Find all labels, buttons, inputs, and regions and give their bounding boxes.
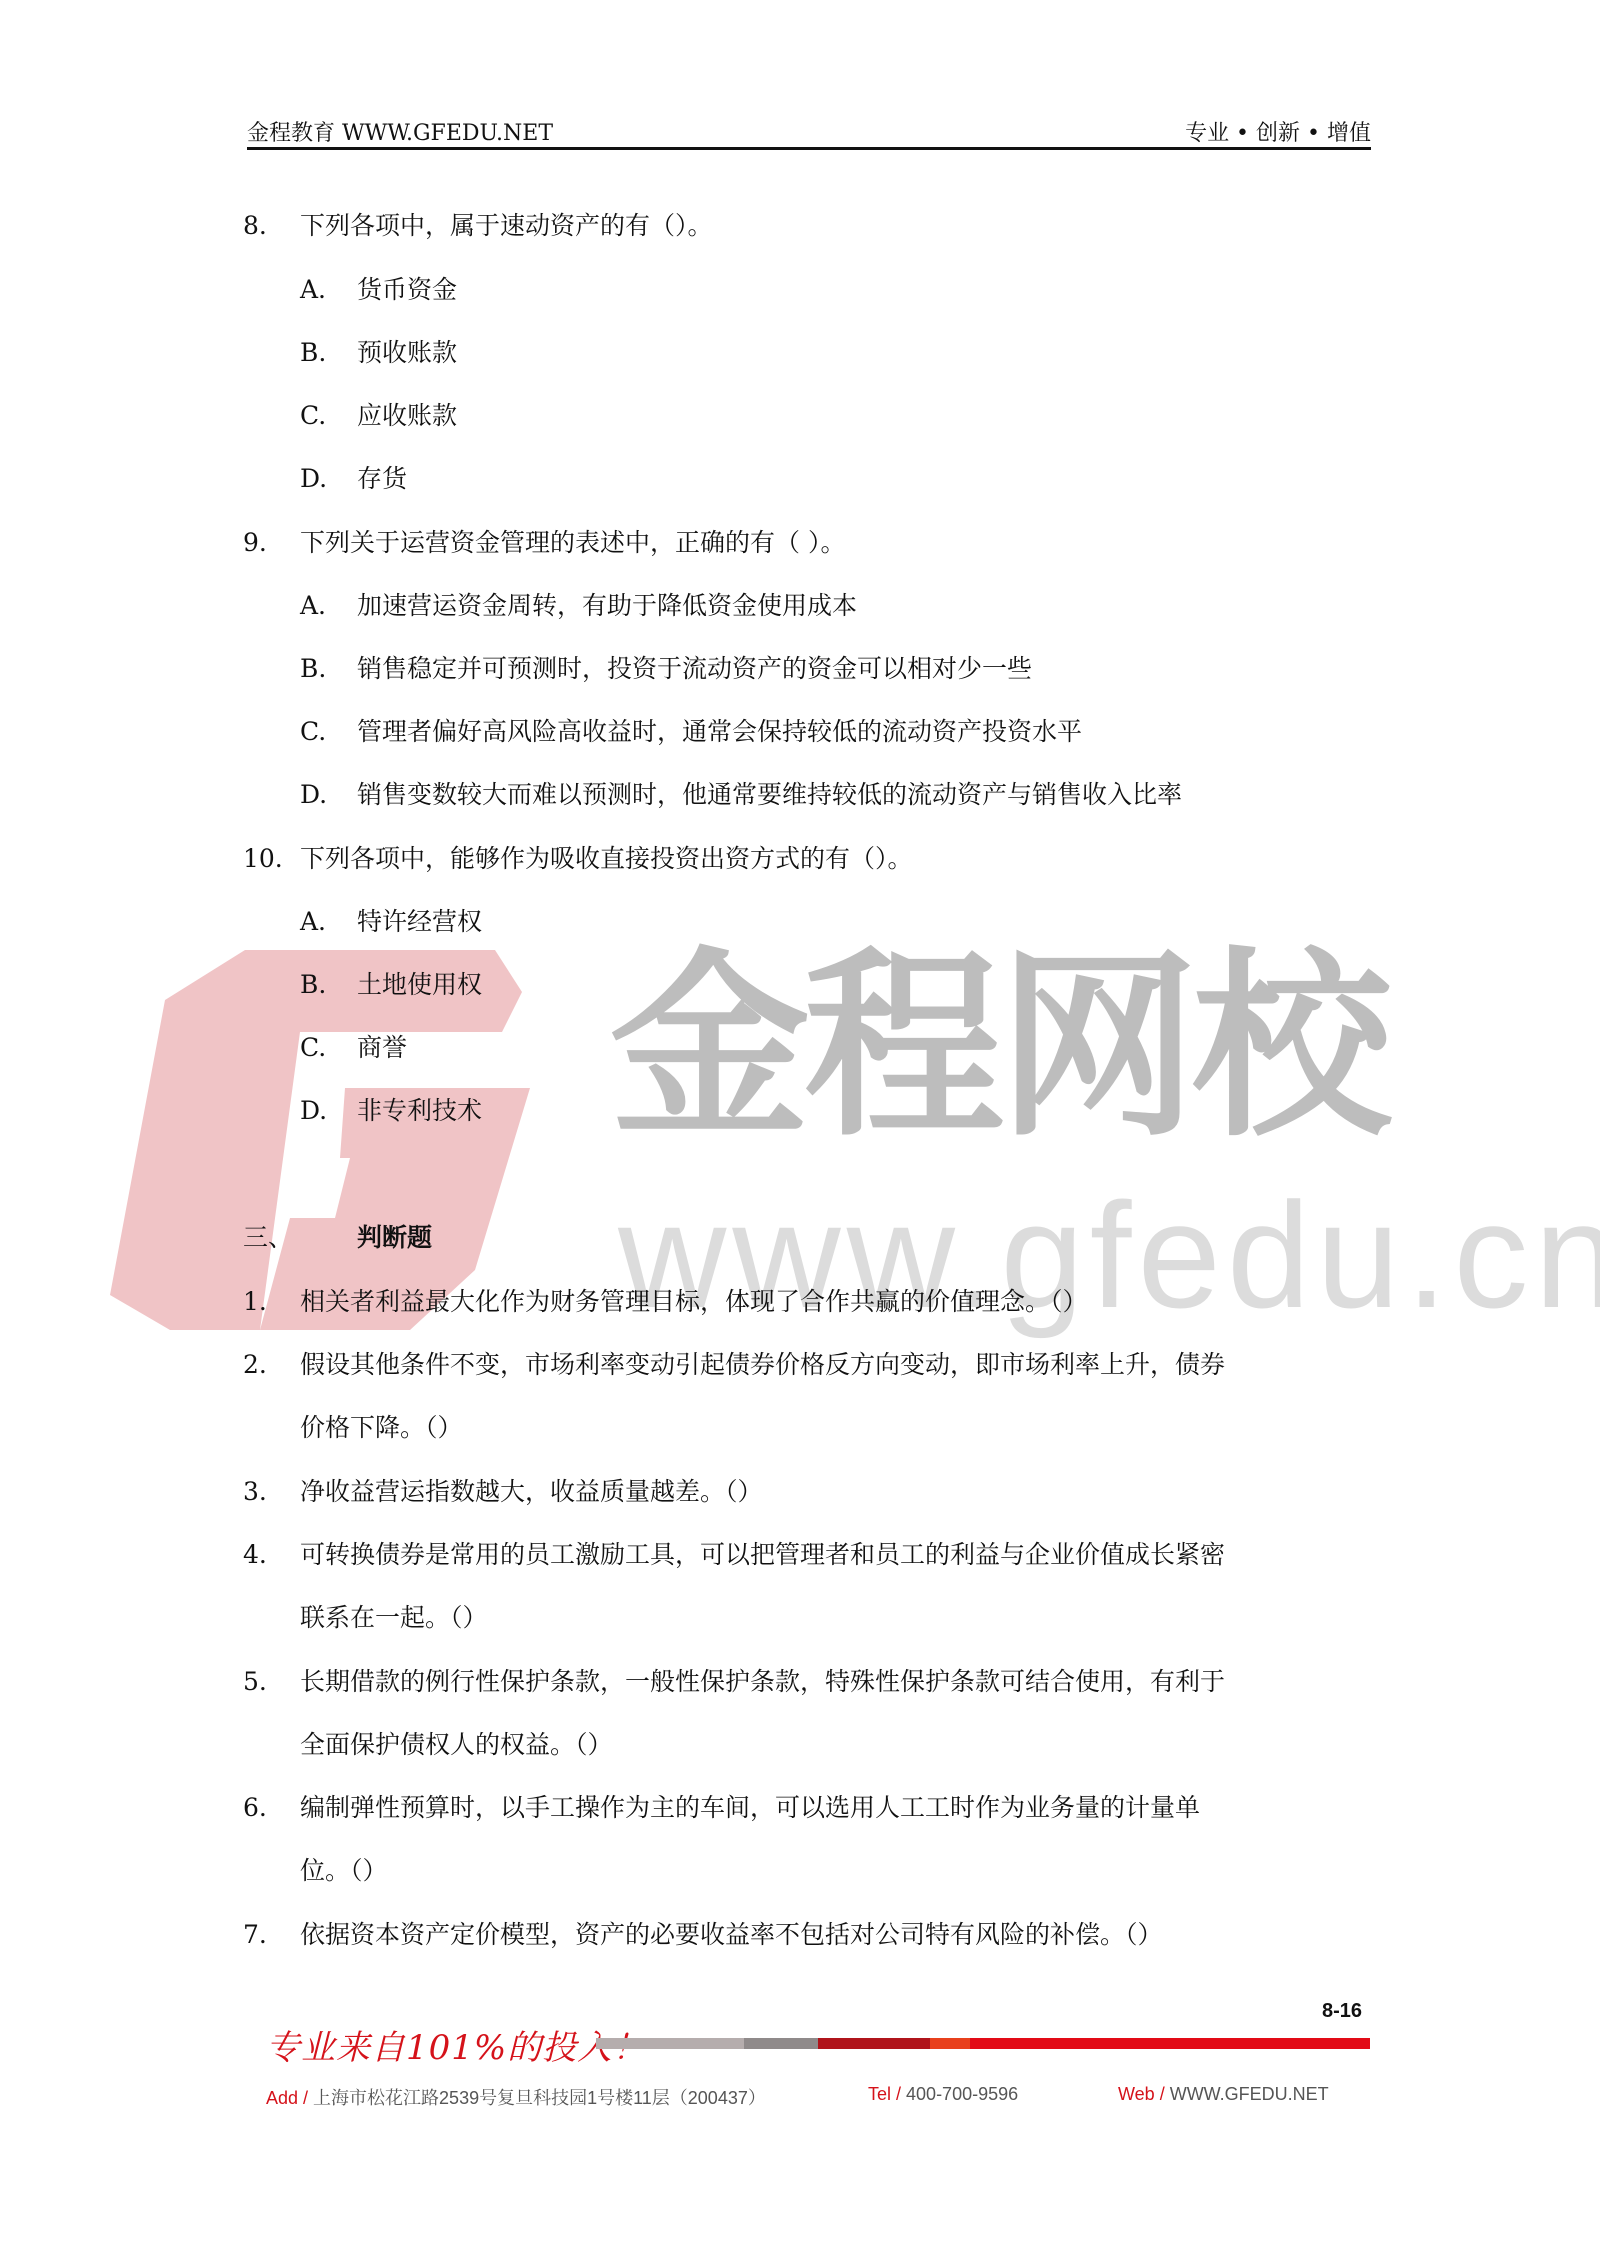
address-label: Add bbox=[266, 2088, 298, 2108]
option-letter: C. bbox=[300, 1033, 326, 1063]
option-letter: A. bbox=[300, 907, 326, 937]
section-title: 判断题 bbox=[357, 1223, 432, 1253]
option-text: 预收账款 bbox=[357, 338, 457, 368]
page-number: 8-16 bbox=[1322, 2000, 1362, 2023]
question-text-cont: 全面保护债权人的权益。（） bbox=[300, 1730, 613, 1760]
footer-slogan: 专业来自101%的投入！ bbox=[266, 2020, 647, 2069]
question-text: 下列各项中，属于速动资产的有（）。 bbox=[300, 211, 713, 241]
web-value[interactable]: WWW.GFEDU.NET bbox=[1170, 2084, 1329, 2104]
option-text: 销售稳定并可预测时，投资于流动资产的资金可以相对少一些 bbox=[357, 654, 1032, 684]
question-number: 5. bbox=[243, 1667, 267, 1697]
option-letter: B. bbox=[300, 338, 326, 368]
question-text: 相关者利益最大化作为财务管理目标，体现了合作共赢的价值理念。（） bbox=[300, 1287, 1088, 1317]
question-text: 长期借款的例行性保护条款，一般性保护条款，特殊性保护条款可结合使用，有利于 bbox=[300, 1667, 1225, 1697]
question-number: 4. bbox=[243, 1540, 267, 1570]
question-text-cont: 联系在一起。（） bbox=[300, 1603, 488, 1633]
option-letter: C. bbox=[300, 401, 326, 431]
question-number: 9. bbox=[243, 528, 267, 558]
question-text-cont: 价格下降。（） bbox=[300, 1413, 463, 1443]
question-text: 下列关于运营资金管理的表述中，正确的有（ ）。 bbox=[300, 528, 845, 558]
option-letter: A. bbox=[300, 275, 326, 305]
tel-label: Tel bbox=[868, 2084, 891, 2104]
address-value: 上海市松花江路2539号复旦科技园1号楼11层（200437） bbox=[313, 2088, 766, 2108]
option-letter: B. bbox=[300, 970, 326, 1000]
option-text: 特许经营权 bbox=[357, 907, 482, 937]
question-text: 下列各项中，能够作为吸收直接投资出资方式的有（）。 bbox=[300, 844, 913, 874]
question-text: 假设其他条件不变，市场利率变动引起债券价格反方向变动，即市场利率上升，债券 bbox=[300, 1350, 1225, 1380]
question-text-cont: 位。（） bbox=[300, 1856, 388, 1886]
option-text: 非专利技术 bbox=[357, 1096, 482, 1126]
question-number: 1. bbox=[243, 1287, 267, 1317]
question-text: 编制弹性预算时，以手工操作为主的车间，可以选用人工工时作为业务量的计量单 bbox=[300, 1793, 1200, 1823]
bar-segment bbox=[970, 2038, 1370, 2049]
web-label: Web bbox=[1118, 2084, 1155, 2104]
header-divider bbox=[247, 147, 1371, 150]
gfedu-logo-watermark bbox=[110, 950, 570, 1330]
question-number: 7. bbox=[243, 1920, 267, 1950]
option-text: 商誉 bbox=[357, 1033, 407, 1063]
question-number: 6. bbox=[243, 1793, 267, 1823]
option-letter: A. bbox=[300, 591, 326, 621]
question-text: 依据资本资产定价模型，资产的必要收益率不包括对公司特有风险的补偿。（） bbox=[300, 1920, 1163, 1950]
section-number: 三、 bbox=[243, 1223, 293, 1253]
bar-segment bbox=[818, 2038, 930, 2049]
tel-value: 400-700-9596 bbox=[906, 2084, 1018, 2104]
option-text: 土地使用权 bbox=[357, 970, 482, 1000]
question-number: 3. bbox=[243, 1477, 267, 1507]
footer-color-bar bbox=[596, 2038, 1370, 2049]
option-letter: C. bbox=[300, 717, 326, 747]
option-letter: B. bbox=[300, 654, 326, 684]
page-header: 金程教育 WWW.GFEDU.NET 专业 • 创新 • 增值 bbox=[247, 112, 1371, 146]
footer-tel: Tel / 400-700-9596 bbox=[868, 2084, 1018, 2105]
option-text: 加速营运资金周转，有助于降低资金使用成本 bbox=[357, 591, 857, 621]
header-tagline: 专业 • 创新 • 增值 bbox=[1185, 116, 1371, 147]
question-number: 10. bbox=[243, 844, 283, 874]
question-number: 2. bbox=[243, 1350, 267, 1380]
option-text: 应收账款 bbox=[357, 401, 457, 431]
brand-watermark-text: 金程网校 bbox=[610, 948, 1386, 1148]
bar-segment bbox=[930, 2038, 970, 2049]
question-number: 8. bbox=[243, 211, 267, 241]
footer-address: Add / 上海市松花江路2539号复旦科技园1号楼11层（200437） bbox=[266, 2084, 766, 2110]
footer-web: Web / WWW.GFEDU.NET bbox=[1118, 2084, 1329, 2105]
option-letter: D. bbox=[300, 1096, 327, 1126]
option-text: 存货 bbox=[357, 464, 407, 494]
option-text: 管理者偏好高风险高收益时，通常会保持较低的流动资产投资水平 bbox=[357, 717, 1082, 747]
option-letter: D. bbox=[300, 464, 327, 494]
option-text: 货币资金 bbox=[357, 275, 457, 305]
question-text: 净收益营运指数越大，收益质量越差。（） bbox=[300, 1477, 763, 1507]
question-text: 可转换债券是常用的员工激励工具，可以把管理者和员工的利益与企业价值成长紧密 bbox=[300, 1540, 1225, 1570]
option-text: 销售变数较大而难以预测时，他通常要维持较低的流动资产与销售收入比率 bbox=[357, 780, 1182, 810]
bar-segment bbox=[744, 2038, 818, 2049]
bar-segment bbox=[596, 2038, 744, 2049]
header-brand: 金程教育 WWW.GFEDU.NET bbox=[247, 116, 553, 147]
option-letter: D. bbox=[300, 780, 327, 810]
